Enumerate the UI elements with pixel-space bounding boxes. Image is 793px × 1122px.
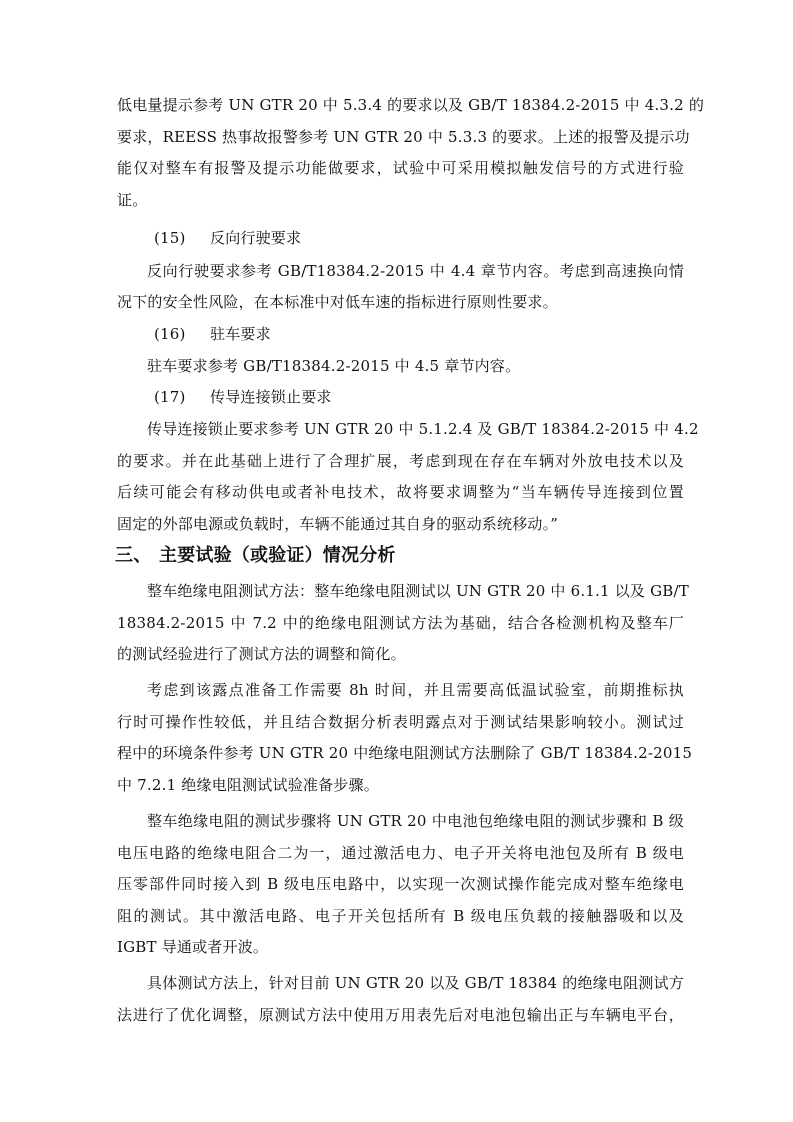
item-number: (17)	[154, 387, 210, 407]
paragraph-line: 要求，REESS 热事故报警参考 UN GTR 20 中 5.3.3 的要求。上…	[117, 127, 684, 147]
paragraph-line: 阻的测试。其中激活电路、电子开关包括所有 B 级电压负载的接触器吸和以及	[117, 906, 684, 926]
paragraph-line: 考虑到该露点准备工作需要 8h 时间，并且需要高低温试验室，前期推标执	[117, 680, 684, 700]
paragraph-line: 况下的安全性风险，在本标准中对低车速的指标进行原则性要求。	[117, 292, 558, 312]
paragraph-line: 压零部件同时接入到 B 级电压电路中，以实现一次测试操作能完成对整车绝缘电	[117, 874, 684, 894]
paragraph-line: IGBT 导通或者开波。	[117, 937, 268, 957]
paragraph-line: 传导连接锁止要求参考 UN GTR 20 中 5.1.2.4 及 GB/T 18…	[117, 419, 684, 439]
paragraph-line: 证。	[117, 190, 147, 210]
item-heading-16: (16)驻车要求	[117, 324, 271, 344]
paragraph-line: 固定的外部电源或负载时，车辆不能通过其自身的驱动系统移动。”	[117, 514, 558, 534]
paragraph-line: 低电量提示参考 UN GTR 20 中 5.3.4 的要求以及 GB/T 183…	[117, 95, 684, 115]
paragraph-line: 的测试经验进行了测试方法的调整和简化。	[117, 644, 406, 664]
paragraph-line: 能仅对整车有报警及提示功能做要求，试验中可采用模拟触发信号的方式进行验	[117, 158, 684, 178]
item-title: 驻车要求	[210, 325, 271, 343]
item-heading-15: (15)反向行驶要求	[117, 228, 301, 248]
paragraph-line: 中 7.2.1 绝缘电阻测试试验准备步骤。	[117, 775, 379, 795]
item-title: 反向行驶要求	[210, 229, 301, 247]
paragraph-line: 整车绝缘电阻的测试步骤将 UN GTR 20 中电池包绝缘电阻的测试步骤和 B …	[117, 811, 684, 831]
paragraph-line: 的要求。并在此基础上进行了合理扩展，考虑到现在存在车辆对外放电技术以及	[117, 451, 684, 471]
item-title: 传导连接锁止要求	[210, 388, 332, 406]
paragraph-line: 驻车要求参考 GB/T18384.2-2015 中 4.5 章节内容。	[147, 356, 520, 376]
section-title: 主要试验（或验证）情况分析	[159, 545, 396, 566]
paragraph-line: 法进行了优化调整，原测试方法中使用万用表先后对电池包输出正与车辆电平台，	[117, 1005, 684, 1025]
paragraph-line: 18384.2-2015 中 7.2 中的绝缘电阻测试方法为基础，结合各检测机构…	[117, 613, 684, 633]
paragraph-line: 具体测试方法上，针对目前 UN GTR 20 以及 GB/T 18384 的绝缘…	[117, 973, 684, 993]
section-number: 三、	[115, 544, 159, 568]
paragraph-line: 行时可操作性较低，并且结合数据分析表明露点对于测试结果影响较小。测试过	[117, 712, 684, 732]
section-heading: 三、主要试验（或验证）情况分析	[115, 544, 396, 568]
paragraph-line: 电压电路的绝缘电阻合二为一，通过激活电力、电子开关将电池包及所有 B 级电	[117, 843, 684, 863]
paragraph-line: 反向行驶要求参考 GB/T18384.2-2015 中 4.4 章节内容。考虑到…	[117, 261, 684, 281]
paragraph-line: 整车绝缘电阻测试方法：整车绝缘电阻测试以 UN GTR 20 中 6.1.1 以…	[117, 581, 684, 601]
paragraph-line: 后续可能会有移动供电或者补电技术，故将要求调整为“当车辆传导连接到位置	[117, 482, 684, 502]
item-heading-17: (17)传导连接锁止要求	[117, 387, 332, 407]
item-number: (15)	[154, 228, 210, 248]
item-number: (16)	[154, 324, 210, 344]
paragraph-line: 程中的环境条件参考 UN GTR 20 中绝缘电阻测试方法删除了 GB/T 18…	[117, 743, 684, 763]
